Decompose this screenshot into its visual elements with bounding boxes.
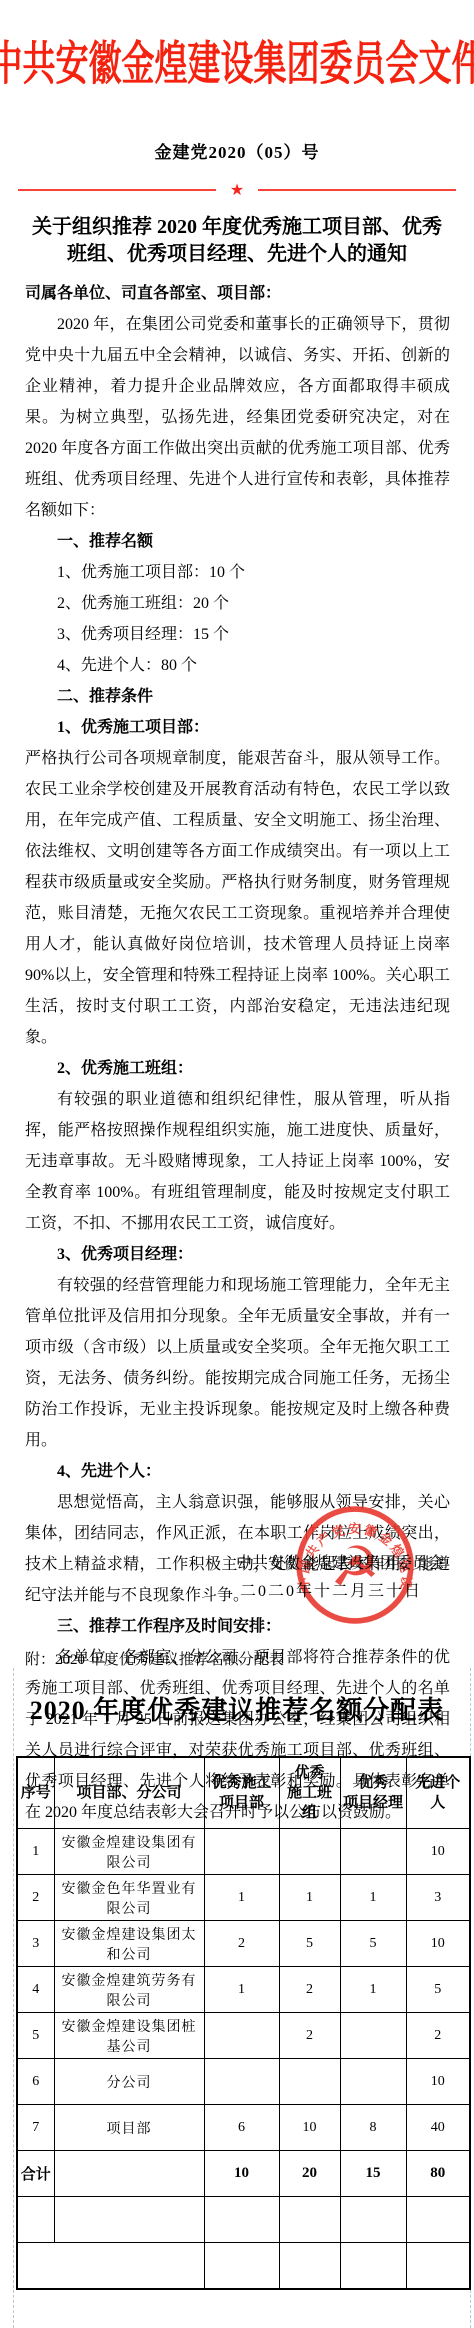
table-cell: 合计 — [17, 2151, 54, 2197]
table-cell — [279, 2243, 340, 2290]
table-cell: 2 — [279, 1967, 340, 2013]
table-cell: 安徽金煌建设集团太和公司 — [54, 1921, 204, 1967]
table-cell: 安徽金色年华置业有限公司 — [54, 1875, 204, 1921]
paragraph: 4、先进个人： — [25, 1456, 450, 1487]
table-cell — [340, 2013, 406, 2059]
allocation-table-title: 2020 年度优秀建议推荐名额分配表 — [0, 1690, 474, 1727]
table-header-cell: 优秀施工 项目部 — [204, 1757, 279, 1829]
table-row: 7项目部610840 — [17, 2105, 470, 2151]
table-cell: 10 — [406, 2059, 470, 2105]
table-header-cell: 优秀 项目经理 — [340, 1757, 406, 1829]
table-header-cell: 优秀 施工班组 — [279, 1757, 340, 1829]
table-cell — [204, 2197, 279, 2243]
table-row: 1安徽金煌建设集团有限公司10 — [17, 1829, 470, 1875]
table-cell — [204, 2243, 279, 2290]
table-cell — [340, 2059, 406, 2105]
table-empty-row — [17, 2243, 470, 2290]
table-cell: 安徽金煌建设集团桩基公司 — [54, 2013, 204, 2059]
table-cell: 7 — [17, 2105, 54, 2151]
table-cell: 10 — [204, 2151, 279, 2197]
table-row: 4安徽金煌建筑劳务有限公司1215 — [17, 1967, 470, 2013]
table-cell: 3 — [17, 1921, 54, 1967]
paragraph: 1、优秀施工项目部： — [25, 712, 450, 743]
table-row: 2安徽金色年华置业有限公司1113 — [17, 1875, 470, 1921]
paragraph: 二、推荐条件 — [25, 681, 450, 712]
table-cell: 安徽金煌建设集团有限公司 — [54, 1829, 204, 1875]
divider-line-right — [258, 189, 456, 191]
table-cell: 1 — [17, 1829, 54, 1875]
table-cell — [279, 2197, 340, 2243]
table-cell — [204, 2013, 279, 2059]
table-row: 5安徽金煌建设集团桩基公司22 — [17, 2013, 470, 2059]
paragraph: 有较强的经营管理能力和现场施工管理能力，全年无主管单位批评及信用扣分现象。全年无… — [25, 1270, 450, 1456]
table-cell: 3 — [406, 1875, 470, 1921]
table-cell — [204, 2059, 279, 2105]
table-cell: 分公司 — [54, 2059, 204, 2105]
paragraph: 一、推荐名额 — [25, 526, 450, 557]
table-cell — [54, 2151, 204, 2197]
star-divider: ★ — [18, 182, 456, 198]
table-cell: 2 — [204, 1921, 279, 1967]
signature-block: 中共安徽金煌建设集团委员会 二0二0年十二月三十日 — [0, 1550, 474, 1606]
table-header-cell: 项目部、分公司 — [54, 1757, 204, 1829]
table-cell: 10 — [279, 2105, 340, 2151]
document-number: 金建党2020（05）号 — [0, 138, 474, 163]
table-cell — [340, 1829, 406, 1875]
table-cell: 10 — [406, 1921, 470, 1967]
divider-line-left — [18, 189, 216, 191]
table-cell: 1 — [279, 1875, 340, 1921]
table-cell — [406, 2243, 470, 2290]
letterhead: 中共安徽金煌建设集团委员会文件 — [0, 10, 474, 110]
signature-org: 中共安徽金煌建设集团委员会 — [0, 1550, 474, 1578]
table-header-row: 序号项目部、分公司优秀施工 项目部优秀 施工班组优秀 项目经理先进个人 — [17, 1757, 470, 1829]
attachment-note: 附：2020 年度优秀建议推荐名额分配表 — [25, 1648, 455, 1669]
table-cell — [204, 1829, 279, 1875]
paragraph: 1、优秀施工项目部：10 个 — [25, 557, 450, 588]
table-cell — [54, 2197, 204, 2243]
table-cell: 2 — [279, 2013, 340, 2059]
table-cell: 10 — [406, 1829, 470, 1875]
table-cell: 6 — [17, 2059, 54, 2105]
paragraph: 严格执行公司各项规章制度，能艰苦奋斗，服从领导工作。农民工业余学校创建及开展教育… — [25, 743, 450, 1053]
table-cell — [279, 1829, 340, 1875]
table-cell: 项目部 — [54, 2105, 204, 2151]
salutation: 司属各单位、司直各部室、项目部： — [25, 278, 450, 309]
table-cell — [406, 2197, 470, 2243]
paragraph: 3、优秀项目经理： — [25, 1239, 450, 1270]
table-cell: 1 — [204, 1875, 279, 1921]
signature-date: 二0二0年十二月三十日 — [0, 1578, 474, 1606]
table-total-row: 合计10201580 — [17, 2151, 470, 2197]
table-cell: 5 — [17, 2013, 54, 2059]
table-empty-row — [17, 2197, 470, 2243]
paragraph: 2、优秀施工班组：20 个 — [25, 588, 450, 619]
table-cell — [279, 2059, 340, 2105]
letterhead-title: 中共安徽金煌建设集团委员会文件 — [0, 27, 474, 94]
table-cell — [340, 2243, 406, 2290]
paragraph: 3、优秀项目经理：15 个 — [25, 619, 450, 650]
page-boundary-left — [13, 1668, 14, 2328]
table-cell: 1 — [340, 1967, 406, 2013]
table-cell: 5 — [279, 1921, 340, 1967]
table-row: 6分公司10 — [17, 2059, 470, 2105]
table-cell: 4 — [17, 1967, 54, 2013]
table-cell: 6 — [204, 2105, 279, 2151]
paragraph: 4、先进个人：80 个 — [25, 650, 450, 681]
table-cell: 5 — [406, 1967, 470, 2013]
table-cell: 5 — [340, 1921, 406, 1967]
table-cell: 80 — [406, 2151, 470, 2197]
table-cell: 2 — [406, 2013, 470, 2059]
table-row: 3安徽金煌建设集团太和公司25510 — [17, 1921, 470, 1967]
table-cell: 2 — [17, 1875, 54, 1921]
table-cell — [17, 2197, 54, 2243]
document-page: 中共安徽金煌建设集团委员会文件 金建党2020（05）号 ★ 关于组织推荐 20… — [0, 0, 474, 2328]
document-title: 关于组织推荐 2020 年度优秀施工项目部、优秀班组、优秀项目经理、先进个人的通… — [30, 214, 444, 268]
paragraph: 2020 年，在集团公司党委和董事长的正确领导下，贯彻党中央十九届五中全会精神，… — [25, 309, 450, 526]
table-header-cell: 先进个人 — [406, 1757, 470, 1829]
table-cell: 20 — [279, 2151, 340, 2197]
star-icon: ★ — [216, 182, 258, 198]
table-cell — [340, 2197, 406, 2243]
table-cell: 15 — [340, 2151, 406, 2197]
table-cell: 1 — [204, 1967, 279, 2013]
allocation-table: 序号项目部、分公司优秀施工 项目部优秀 施工班组优秀 项目经理先进个人 1安徽金… — [16, 1756, 471, 2290]
paragraph: 有较强的职业道德和组织纪律性，服从管理，听从指挥，能严格按照操作规程组织实施，施… — [25, 1084, 450, 1239]
table-cell: 安徽金煌建筑劳务有限公司 — [54, 1967, 204, 2013]
table-cell: 8 — [340, 2105, 406, 2151]
table-cell — [17, 2243, 204, 2290]
table-header-cell: 序号 — [17, 1757, 54, 1829]
table-cell: 40 — [406, 2105, 470, 2151]
paragraph: 2、优秀施工班组： — [25, 1053, 450, 1084]
table-cell: 1 — [340, 1875, 406, 1921]
